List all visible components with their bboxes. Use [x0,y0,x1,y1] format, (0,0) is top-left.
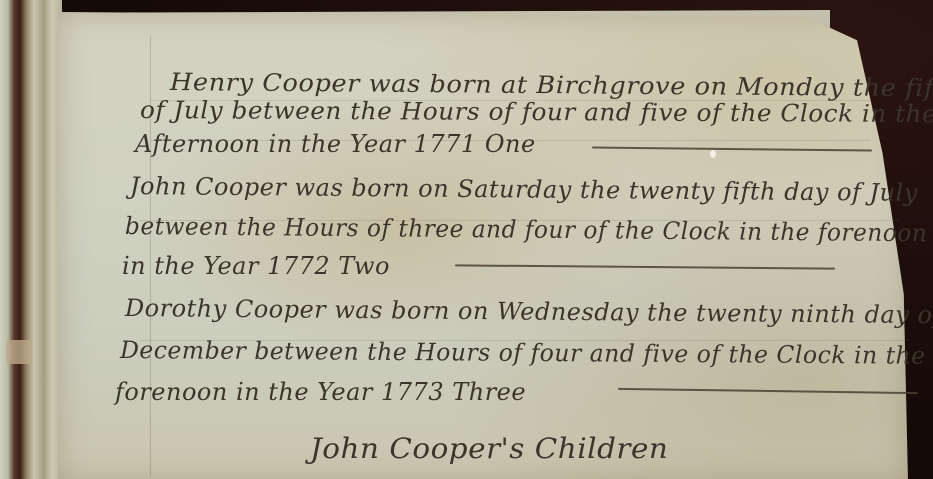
entry-3-line-3: forenoon in the Year 1773 Three [115,378,526,406]
entry-1-line-3: Afternoon in the Year 1771 One [135,130,536,158]
entry-2-line-3: in the Year 1772 Two [122,252,390,280]
document-caption: John Cooper's Children [310,432,668,465]
paper-hole [710,150,716,158]
entry-1-line-2: of July between the Hours of four and fi… [140,96,933,128]
entry-3-line-2: December between the Hours of four and f… [120,336,926,370]
book-spine [0,0,62,479]
spine-binding-band [6,340,32,364]
